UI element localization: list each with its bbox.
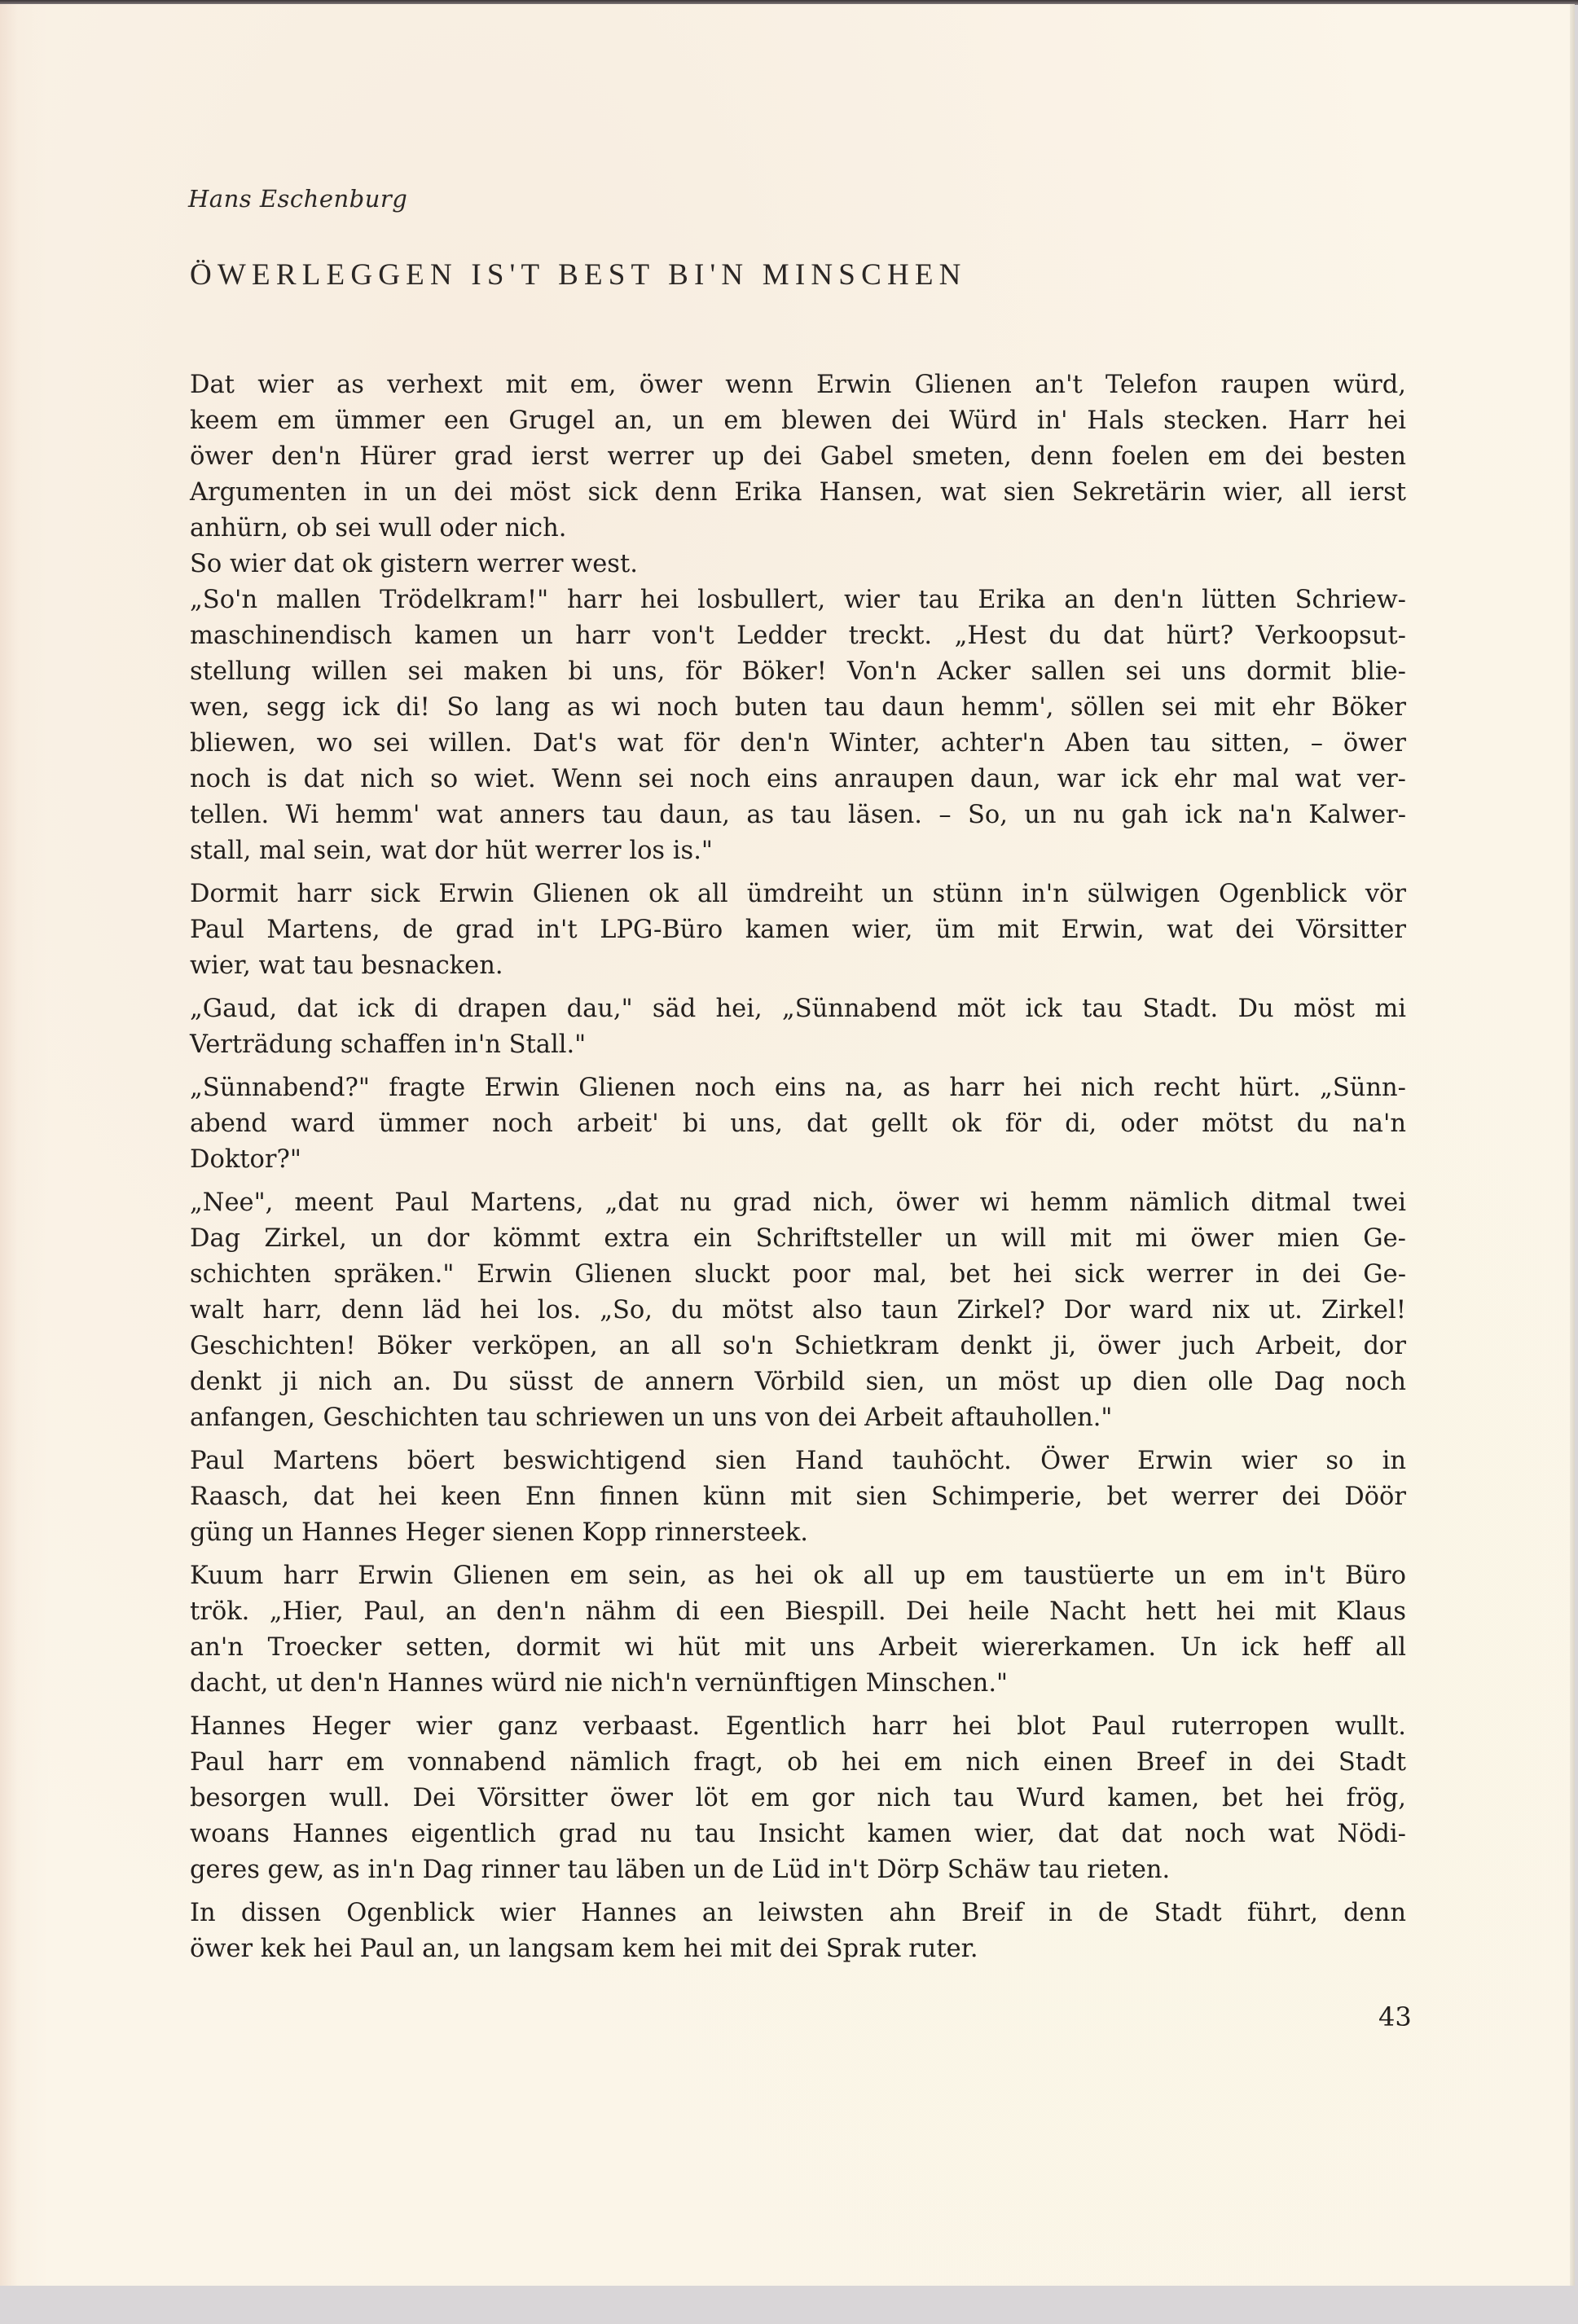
book-page: Hans Eschenburg ÖWERLEGGEN IS'T BEST BI'… (0, 4, 1575, 2286)
text-line: „Gaud, dat ick di drapen dau," säd hei, … (190, 991, 1406, 1027)
paragraph: „Gaud, dat ick di drapen dau," säd hei, … (190, 991, 1406, 1063)
paragraph: So wier dat ok gistern werrer west. (190, 547, 1406, 582)
paragraph: Kuum harr Erwin Glienen em sein, as hei … (190, 1558, 1406, 1702)
text-line: dacht, ut den'n Hannes würd nie nich'n v… (190, 1666, 1406, 1702)
text-line: Kuum harr Erwin Glienen em sein, as hei … (190, 1558, 1406, 1594)
text-line: Dormit harr sick Erwin Glienen ok all üm… (190, 876, 1406, 912)
text-line: Paul Martens böert beswichtigend sien Ha… (190, 1443, 1406, 1479)
text-line: Dat wier as verhext mit em, öwer wenn Er… (190, 367, 1406, 403)
text-line: trök. „Hier, Paul, an den'n nähm di een … (190, 1594, 1406, 1630)
text-line: öwer den'n Hürer grad ierst werrer up de… (190, 439, 1406, 475)
text-line: denkt ji nich an. Du süsst de annern Vör… (190, 1364, 1406, 1400)
text-line: an'n Troecker setten, dormit wi hüt mit … (190, 1630, 1406, 1666)
text-line: keem em ümmer een Grugel an, un em blewe… (190, 403, 1406, 439)
page-number: 43 (1378, 2001, 1412, 2032)
text-line: maschinendisch kamen un harr von't Ledde… (190, 618, 1406, 654)
text-line: besorgen wull. Dei Vörsitter öwer löt em… (190, 1781, 1406, 1817)
paragraph: Dat wier as verhext mit em, öwer wenn Er… (190, 367, 1406, 547)
text-line: walt harr, denn läd hei los. „So, du möt… (190, 1293, 1406, 1329)
text-line: „Nee", meent Paul Martens, „dat nu grad … (190, 1185, 1406, 1221)
paragraph: Paul Martens böert beswichtigend sien Ha… (190, 1443, 1406, 1551)
text-line: noch is dat nich so wiet. Wenn sei noch … (190, 762, 1406, 797)
paragraph: In dissen Ogenblick wier Hannes an leiws… (190, 1896, 1406, 1967)
text-line: öwer kek hei Paul an, un langsam kem hei… (190, 1931, 1406, 1967)
text-line: woans Hannes eigentlich grad nu tau Insi… (190, 1817, 1406, 1852)
text-line: In dissen Ogenblick wier Hannes an leiws… (190, 1896, 1406, 1931)
text-line: Paul harr em vonnabend nämlich fragt, ob… (190, 1745, 1406, 1781)
page-edge (1570, 4, 1575, 2286)
story-body: Dat wier as verhext mit em, öwer wenn Er… (190, 367, 1406, 1967)
text-line: güng un Hannes Heger sienen Kopp rinners… (190, 1515, 1406, 1551)
text-line: „Sünnabend?" fragte Erwin Glienen noch e… (190, 1070, 1406, 1106)
author-name: Hans Eschenburg (188, 185, 407, 213)
text-line: Hannes Heger wier ganz verbaast. Egentli… (190, 1709, 1406, 1745)
text-line: Dag Zirkel, un dor kömmt extra ein Schri… (190, 1221, 1406, 1257)
text-line: So wier dat ok gistern werrer west. (190, 547, 1406, 582)
text-line: anfangen, Geschichten tau schriewen un u… (190, 1400, 1406, 1436)
paragraph: Dormit harr sick Erwin Glienen ok all üm… (190, 876, 1406, 984)
text-line: Geschichten! Böker verköpen, an all so'n… (190, 1329, 1406, 1364)
story-title: ÖWERLEGGEN IS'T BEST BI'N MINSCHEN (190, 257, 967, 292)
text-line: stall, mal sein, wat dor hüt werrer los … (190, 833, 1406, 869)
text-line: wen, segg ick di! So lang as wi noch but… (190, 690, 1406, 726)
paragraph: „Sünnabend?" fragte Erwin Glienen noch e… (190, 1070, 1406, 1178)
text-line: anhürn, ob sei wull oder nich. (190, 511, 1406, 547)
paragraph: „So'n mallen Trödelkram!" harr hei losbu… (190, 582, 1406, 869)
text-line: Verträdung schaffen in'n Stall." (190, 1027, 1406, 1063)
text-line: abend ward ümmer noch arbeit' bi uns, da… (190, 1106, 1406, 1142)
text-line: geres gew, as in'n Dag rinner tau läben … (190, 1852, 1406, 1888)
text-line: Paul Martens, de grad in't LPG-Büro kame… (190, 912, 1406, 948)
text-line: wier, wat tau besnacken. (190, 948, 1406, 984)
text-line: Doktor?" (190, 1142, 1406, 1178)
text-line: schichten spräken." Erwin Glienen sluckt… (190, 1257, 1406, 1293)
text-line: „So'n mallen Trödelkram!" harr hei losbu… (190, 582, 1406, 618)
text-line: Argumenten in un dei möst sick denn Erik… (190, 475, 1406, 511)
text-line: Raasch, dat hei keen Enn finnen künn mit… (190, 1479, 1406, 1515)
text-line: stellung willen sei maken bi uns, för Bö… (190, 654, 1406, 690)
text-line: bliewen, wo sei willen. Dat's wat för de… (190, 726, 1406, 762)
paragraph: „Nee", meent Paul Martens, „dat nu grad … (190, 1185, 1406, 1436)
paragraph: Hannes Heger wier ganz verbaast. Egentli… (190, 1709, 1406, 1888)
text-line: tellen. Wi hemm' wat anners tau daun, as… (190, 797, 1406, 833)
